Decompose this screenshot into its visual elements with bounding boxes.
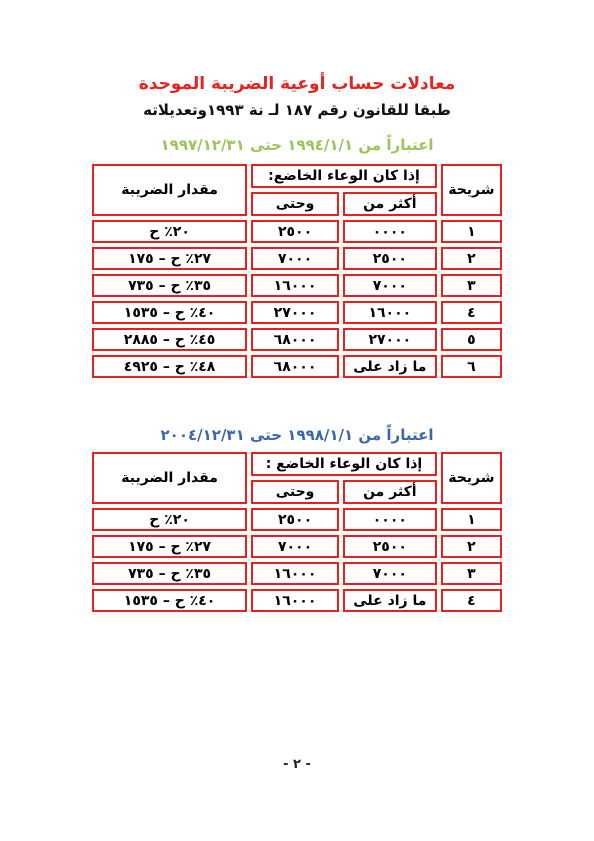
cell-tax: ٣٥٪ ح – ٧٣٥ <box>92 562 247 585</box>
period-heading-1998-2004: اعتباراً من ١٩٩٨/١/١ حتى ٢٠٠٤/١٢/٣١ <box>0 426 594 444</box>
header-cell-bracket: شريحة <box>441 164 502 216</box>
cell-more-than: ٢٧٠٠٠ <box>343 328 437 351</box>
table-row: ٣ ٧٠٠٠ ١٦٠٠٠ ٣٥٪ ح – ٧٣٥ <box>92 274 502 297</box>
cell-bracket: ٥ <box>441 328 502 351</box>
cell-up-to: ٢٧٠٠٠ <box>251 301 339 324</box>
cell-more-than: ٢٥٠٠ <box>343 247 437 270</box>
cell-tax: ٤٠٪ ح – ١٥٣٥ <box>92 589 247 612</box>
header-cell-base-condition: إذا كان الوعاء الخاضع : <box>251 452 437 476</box>
cell-bracket: ٤ <box>441 301 502 324</box>
document-page: معادلات حساب أوعية الضريبة الموحدة طبقا … <box>0 0 594 841</box>
header-cell-tax-amount: مقدار الضريبة <box>92 452 247 504</box>
table-row: ١ ٠٠٠٠ ٢٥٠٠ ٢٠٪ ح <box>92 508 502 531</box>
cell-more-than: ١٦٠٠٠ <box>343 301 437 324</box>
header-cell-bracket: شريحة <box>441 452 502 504</box>
header-cell-tax-amount: مقدار الضريبة <box>92 164 247 216</box>
table-row: ٦ ما زاد على ٦٨٠٠٠ ٤٨٪ ح – ٤٩٢٥ <box>92 355 502 378</box>
page-title: معادلات حساب أوعية الضريبة الموحدة <box>0 74 594 94</box>
header-cell-base-condition: إذا كان الوعاء الخاضع: <box>251 164 437 188</box>
cell-more-than: ٠٠٠٠ <box>343 220 437 243</box>
cell-more-than: ما زاد على <box>343 355 437 378</box>
cell-up-to: ١٦٠٠٠ <box>251 562 339 585</box>
cell-tax: ٢٠٪ ح <box>92 508 247 531</box>
table-row: ٣ ٧٠٠٠ ١٦٠٠٠ ٣٥٪ ح – ٧٣٥ <box>92 562 502 585</box>
cell-more-than: ما زاد على <box>343 589 437 612</box>
cell-bracket: ١ <box>441 220 502 243</box>
cell-bracket: ٦ <box>441 355 502 378</box>
cell-up-to: ١٦٠٠٠ <box>251 274 339 297</box>
cell-up-to: ٧٠٠٠ <box>251 247 339 270</box>
page-number: - ٢ - <box>0 757 594 772</box>
table-row: ٢ ٢٥٠٠ ٧٠٠٠ ٢٧٪ ح – ١٧٥ <box>92 247 502 270</box>
cell-bracket: ٣ <box>441 274 502 297</box>
tax-table-1998-2004: شريحة إذا كان الوعاء الخاضع : مقدار الضر… <box>88 448 506 616</box>
tax-table-1994-1997: شريحة إذا كان الوعاء الخاضع: مقدار الضري… <box>88 160 506 382</box>
cell-more-than: ٠٠٠٠ <box>343 508 437 531</box>
cell-up-to: ١٦٠٠٠ <box>251 589 339 612</box>
cell-tax: ٤٥٪ ح – ٢٨٨٥ <box>92 328 247 351</box>
cell-up-to: ٢٥٠٠ <box>251 508 339 531</box>
cell-tax: ٤٨٪ ح – ٤٩٢٥ <box>92 355 247 378</box>
table-row: ٥ ٢٧٠٠٠ ٦٨٠٠٠ ٤٥٪ ح – ٢٨٨٥ <box>92 328 502 351</box>
cell-tax: ٤٠٪ ح – ١٥٣٥ <box>92 301 247 324</box>
table-header-row: شريحة إذا كان الوعاء الخاضع: مقدار الضري… <box>92 164 502 188</box>
cell-bracket: ٢ <box>441 247 502 270</box>
cell-up-to: ٢٥٠٠ <box>251 220 339 243</box>
cell-bracket: ١ <box>441 508 502 531</box>
period-heading-1994-1997: اعتباراً من ١٩٩٤/١/١ حتى ١٩٩٧/١٢/٣١ <box>0 136 594 154</box>
header-cell-more-than: أكثر من <box>343 480 437 504</box>
cell-more-than: ٧٠٠٠ <box>343 274 437 297</box>
page-subtitle: طبقا للقانون رقم ١٨٧ لـ نة ١٩٩٣وتعديلاته <box>0 101 594 119</box>
table-row: ٤ ١٦٠٠٠ ٢٧٠٠٠ ٤٠٪ ح – ١٥٣٥ <box>92 301 502 324</box>
cell-tax: ٢٠٪ ح <box>92 220 247 243</box>
table-row: ٢ ٢٥٠٠ ٧٠٠٠ ٢٧٪ ح – ١٧٥ <box>92 535 502 558</box>
table-row: ٤ ما زاد على ١٦٠٠٠ ٤٠٪ ح – ١٥٣٥ <box>92 589 502 612</box>
cell-more-than: ٢٥٠٠ <box>343 535 437 558</box>
cell-tax: ٣٥٪ ح – ٧٣٥ <box>92 274 247 297</box>
cell-tax: ٢٧٪ ح – ١٧٥ <box>92 535 247 558</box>
cell-bracket: ٢ <box>441 535 502 558</box>
cell-up-to: ٦٨٠٠٠ <box>251 328 339 351</box>
table-row: ١ ٠٠٠٠ ٢٥٠٠ ٢٠٪ ح <box>92 220 502 243</box>
cell-more-than: ٧٠٠٠ <box>343 562 437 585</box>
cell-bracket: ٤ <box>441 589 502 612</box>
header-cell-more-than: أكثر من <box>343 192 437 216</box>
cell-tax: ٢٧٪ ح – ١٧٥ <box>92 247 247 270</box>
header-cell-up-to: وحتى <box>251 480 339 504</box>
cell-up-to: ٧٠٠٠ <box>251 535 339 558</box>
cell-bracket: ٣ <box>441 562 502 585</box>
header-cell-up-to: وحتى <box>251 192 339 216</box>
cell-up-to: ٦٨٠٠٠ <box>251 355 339 378</box>
table-header-row: شريحة إذا كان الوعاء الخاضع : مقدار الضر… <box>92 452 502 476</box>
